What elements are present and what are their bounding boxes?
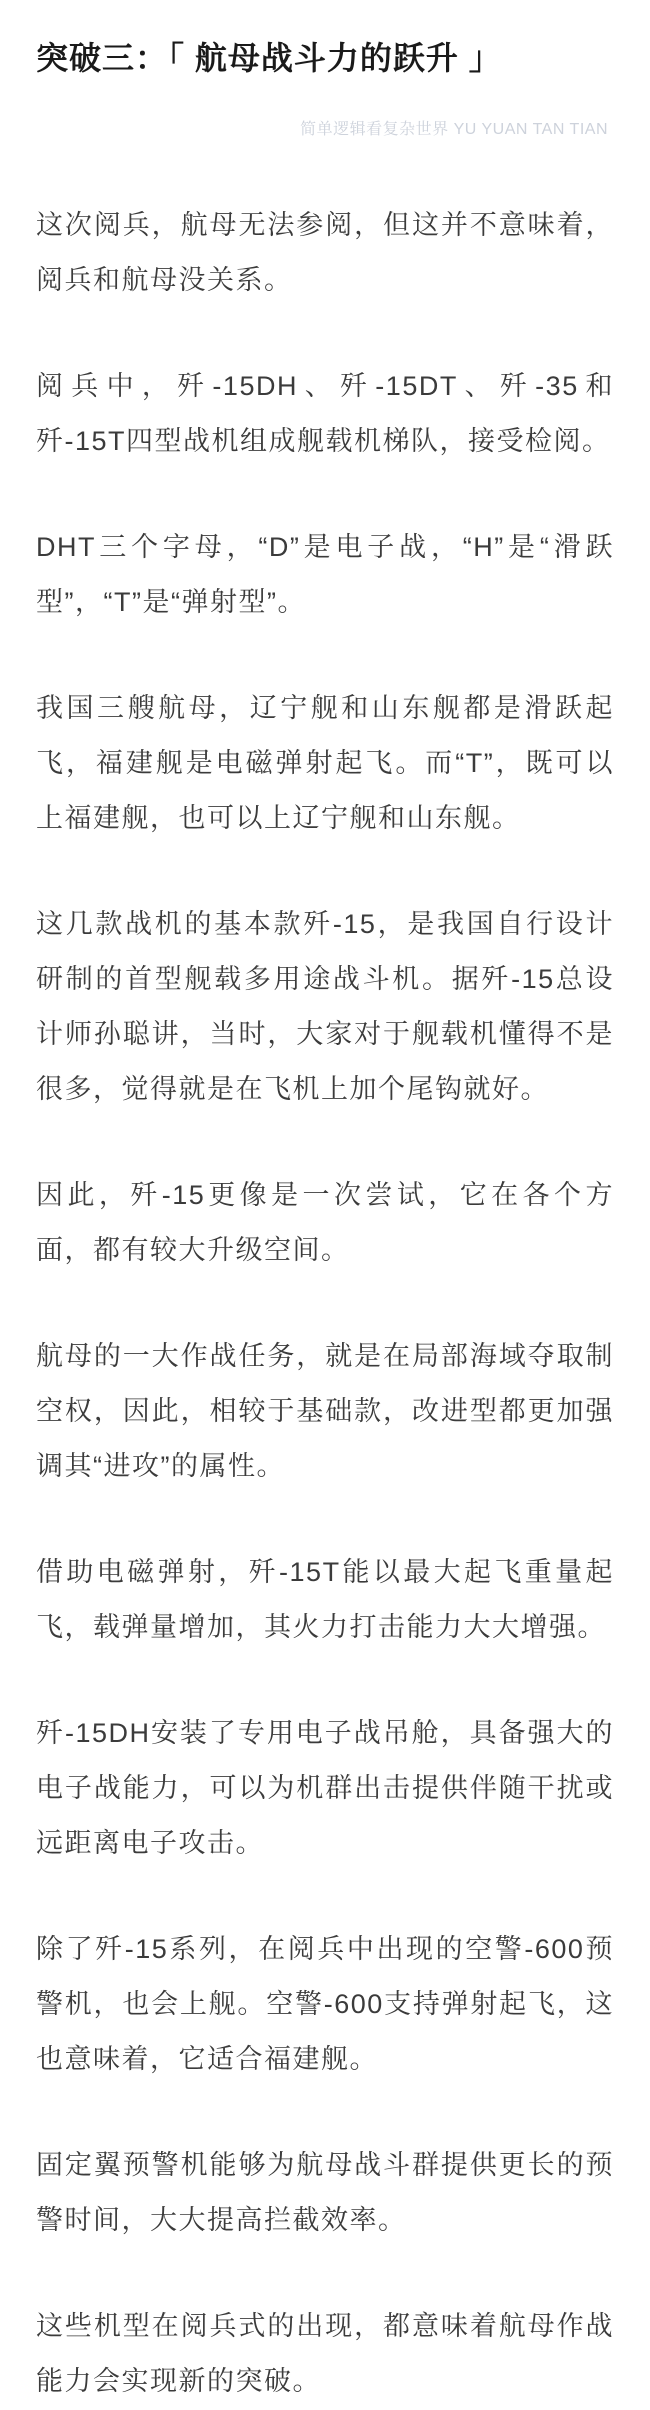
article-paragraph: 阅兵中，歼-15DH、歼-15DT、歼-35和歼-15T四型战机组成舰载机梯队，… (36, 359, 614, 469)
article-page: 突破三：「 航母战斗力的跃升 」 简单逻辑看复杂世界 YU YUAN TAN T… (0, 0, 650, 2409)
article-paragraph: 借助电磁弹射，歼-15T能以最大起飞重量起飞，载弹量增加，其火力打击能力大大增强… (36, 1545, 614, 1655)
article-body: 这次阅兵，航母无法参阅，但这并不意味着，阅兵和航母没关系。 阅兵中，歼-15DH… (36, 198, 614, 2409)
article-paragraph: 这些机型在阅兵式的出现，都意味着航母作战能力会实现新的突破。 (36, 2299, 614, 2409)
article-paragraph: 这几款战机的基本款歼-15，是我国自行设计研制的首型舰载多用途战斗机。据歼-15… (36, 897, 614, 1117)
article-paragraph: 除了歼-15系列，在阅兵中出现的空警-600预警机，也会上舰。空警-600支持弹… (36, 1922, 614, 2087)
article-paragraph: 因此，歼-15更像是一次尝试，它在各个方面，都有较大升级空间。 (36, 1168, 614, 1278)
brand-watermark: 简单逻辑看复杂世界 YU YUAN TAN TIAN (36, 120, 614, 140)
article-paragraph: 航母的一大作战任务，就是在局部海域夺取制空权，因此，相较于基础款，改进型都更加强… (36, 1329, 614, 1494)
article-paragraph: 固定翼预警机能够为航母战斗群提供更长的预警时间，大大提高拦截效率。 (36, 2138, 614, 2248)
article-paragraph: DHT三个字母，“D”是电子战，“H”是“滑跃型”，“T”是“弹射型”。 (36, 520, 614, 630)
article-paragraph: 这次阅兵，航母无法参阅，但这并不意味着，阅兵和航母没关系。 (36, 198, 614, 308)
article-paragraph: 我国三艘航母，辽宁舰和山东舰都是滑跃起飞，福建舰是电磁弹射起飞。而“T”，既可以… (36, 681, 614, 846)
section-title: 突破三：「 航母战斗力的跃升 」 (36, 38, 614, 78)
article-paragraph: 歼-15DH安装了专用电子战吊舱，具备强大的电子战能力，可以为机群出击提供伴随干… (36, 1706, 614, 1871)
